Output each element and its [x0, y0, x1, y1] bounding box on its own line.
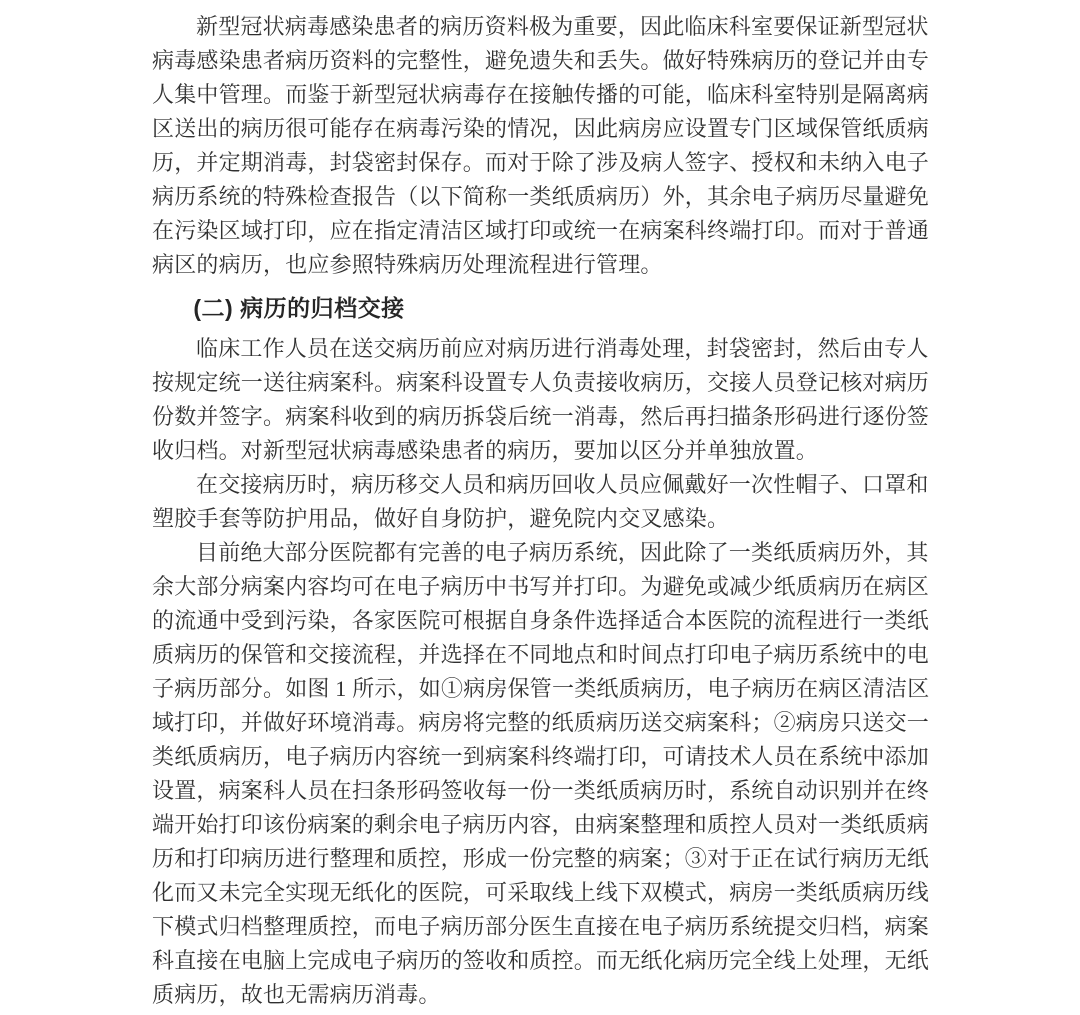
document-page: 新型冠状病毒感染患者的病历资料极为重要，因此临床科室要保证新型冠状病毒感染患者病…	[0, 0, 1080, 1015]
text-line: 病历系统的特殊检查报告（以下简称一类纸质病历）外，其余电子病历尽量避免	[152, 180, 918, 214]
paragraph: 新型冠状病毒感染患者的病历资料极为重要，因此临床科室要保证新型冠状病毒感染患者病…	[152, 10, 918, 282]
text-line: 目前绝大部分医院都有完善的电子病历系统，因此除了一类纸质病历外，其	[152, 536, 918, 570]
text-line: 科直接在电脑上完成电子病历的签收和质控。而无纸化病历完全线上处理，无纸	[152, 944, 918, 978]
text-line: 区送出的病历很可能存在病毒污染的情况，因此病房应设置专门区域保管纸质病	[152, 112, 918, 146]
text-line: 设置，病案科人员在扫条形码签收每一份一类纸质病历时，系统自动识别并在终	[152, 774, 918, 808]
text-line: 按规定统一送往病案科。病案科设置专人负责接收病历，交接人员登记核对病历	[152, 366, 918, 400]
text-line: 收归档。对新型冠状病毒感染患者的病历，要加以区分并单独放置。	[152, 434, 918, 468]
text-line: 历，并定期消毒，封袋密封保存。而对于除了涉及病人签字、授权和未纳入电子	[152, 146, 918, 180]
text-line: 余大部分病案内容均可在电子病历中书写并打印。为避免或减少纸质病历在病区	[152, 570, 918, 604]
text-line: 在交接病历时，病历移交人员和病历回收人员应佩戴好一次性帽子、口罩和	[152, 468, 918, 502]
text-line: 病毒感染患者病历资料的完整性，避免遗失和丢失。做好特殊病历的登记并由专	[152, 44, 918, 78]
text-line: 病区的病历，也应参照特殊病历处理流程进行管理。	[152, 248, 918, 282]
section-heading: (二) 病历的归档交接	[152, 290, 918, 326]
text-line: 端开始打印该份病案的剩余电子病历内容，由病案整理和质控人员对一类纸质病	[152, 808, 918, 842]
text-line: 化而又未完全实现无纸化的医院，可采取线上线下双模式，病房一类纸质病历线	[152, 876, 918, 910]
text-line: 质病历的保管和交接流程，并选择在不同地点和时间点打印电子病历系统中的电	[152, 638, 918, 672]
text-line: 下模式归档整理质控，而电子病历部分医生直接在电子病历系统提交归档，病案	[152, 910, 918, 944]
text-line: 新型冠状病毒感染患者的病历资料极为重要，因此临床科室要保证新型冠状	[152, 10, 918, 44]
text-line: 质病历，故也无需病历消毒。	[152, 978, 918, 1012]
paragraph: 在交接病历时，病历移交人员和病历回收人员应佩戴好一次性帽子、口罩和塑胶手套等防护…	[152, 468, 918, 536]
text-line: 份数并签字。病案科收到的病历拆袋后统一消毒，然后再扫描条形码进行逐份签	[152, 400, 918, 434]
text-line: 类纸质病历，电子病历内容统一到病案科终端打印，可请技术人员在系统中添加	[152, 740, 918, 774]
text-line: 域打印，并做好环境消毒。病房将完整的纸质病历送交病案科；②病房只送交一	[152, 706, 918, 740]
paragraph: 目前绝大部分医院都有完善的电子病历系统，因此除了一类纸质病历外，其余大部分病案内…	[152, 536, 918, 1012]
text-line: 人集中管理。而鉴于新型冠状病毒存在接触传播的可能，临床科室特别是隔离病	[152, 78, 918, 112]
text-line: 临床工作人员在送交病历前应对病历进行消毒处理，封袋密封，然后由专人	[152, 332, 918, 366]
text-line: 在污染区域打印，应在指定清洁区域打印或统一在病案科终端打印。而对于普通	[152, 214, 918, 248]
paragraph: 临床工作人员在送交病历前应对病历进行消毒处理，封袋密封，然后由专人按规定统一送往…	[152, 332, 918, 468]
text-line: 的流通中受到污染，各家医院可根据自身条件选择适合本医院的流程进行一类纸	[152, 604, 918, 638]
text-line: 历和打印病历进行整理和质控，形成一份完整的病案；③对于正在试行病历无纸	[152, 842, 918, 876]
document-body: 新型冠状病毒感染患者的病历资料极为重要，因此临床科室要保证新型冠状病毒感染患者病…	[152, 10, 918, 1012]
text-line: 子病历部分。如图 1 所示，如①病房保管一类纸质病历，电子病历在病区清洁区	[152, 672, 918, 706]
text-line: 塑胶手套等防护用品，做好自身防护，避免院内交叉感染。	[152, 502, 918, 536]
